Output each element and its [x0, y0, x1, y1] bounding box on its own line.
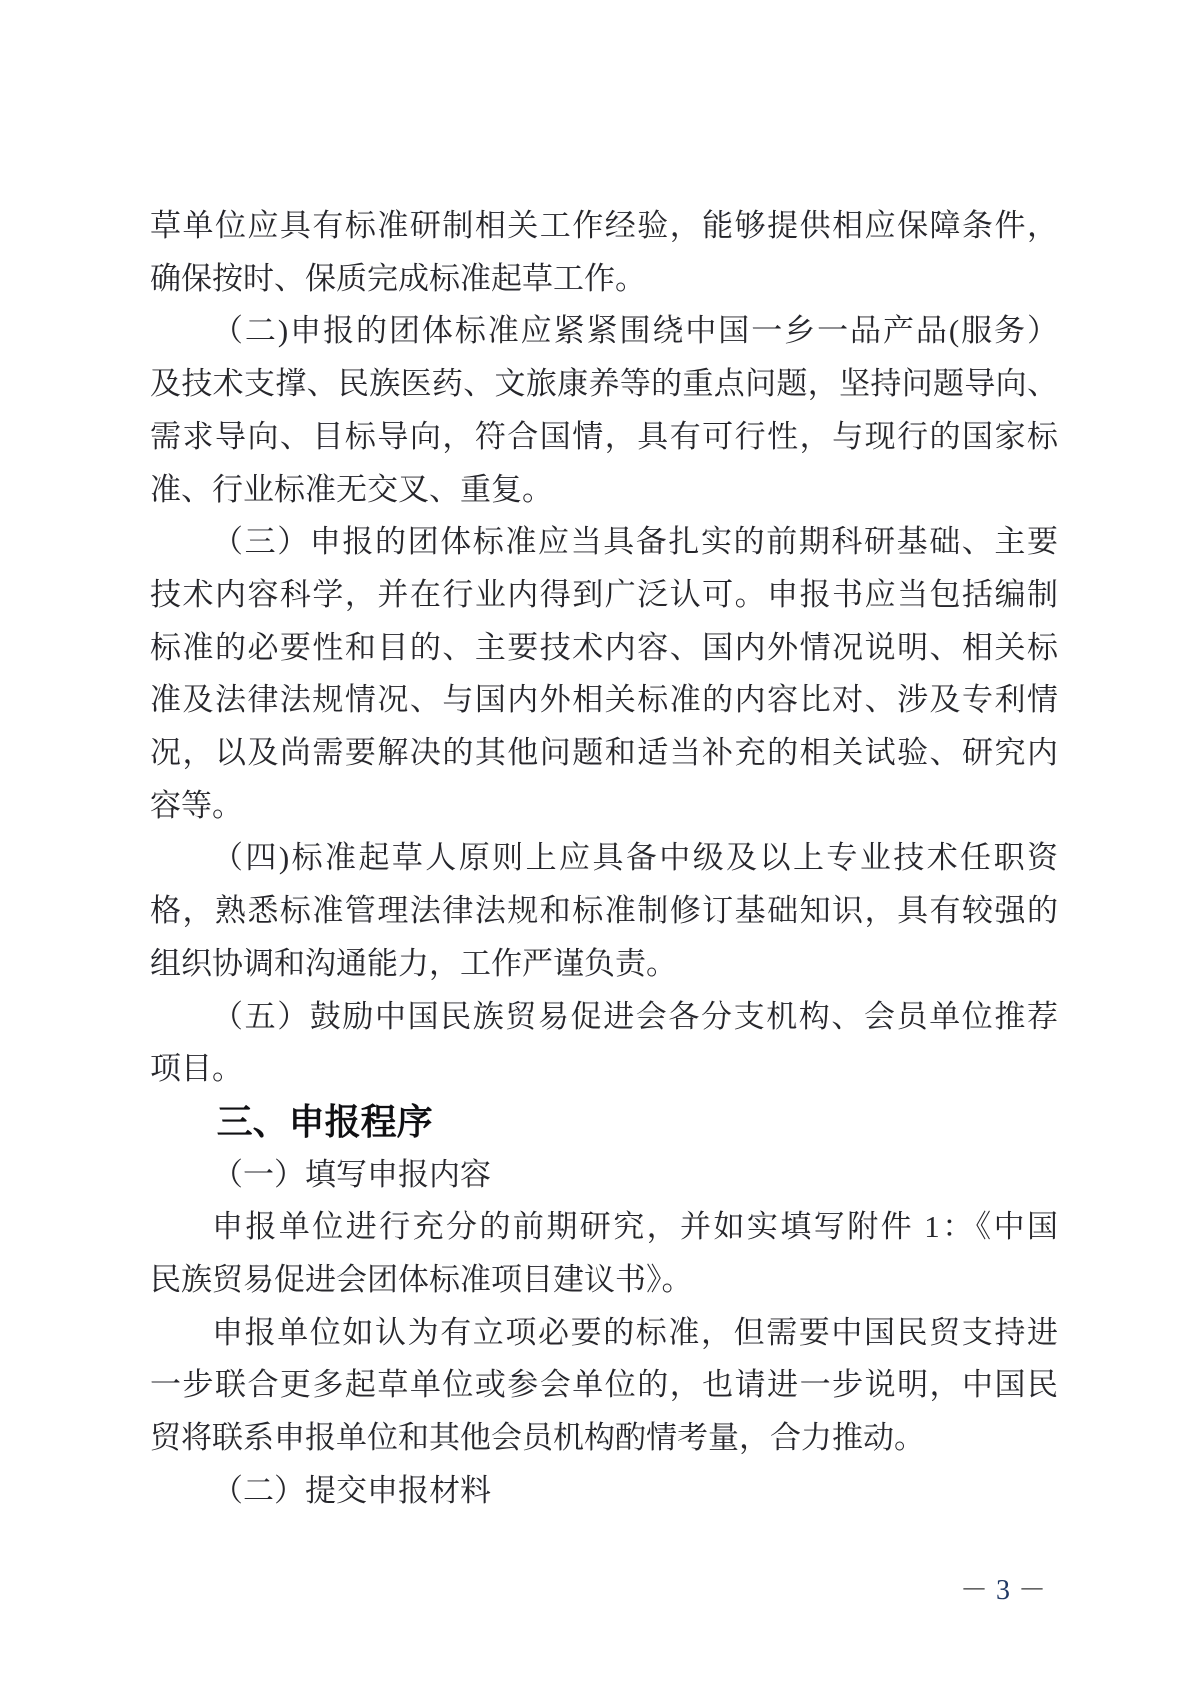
text-line: （二）提交申报材料: [150, 1465, 1058, 1518]
text-line: 一步联合更多起草单位或参会单位的，也请进一步说明，中国民: [150, 1359, 1058, 1412]
paragraph: （五）鼓励中国民族贸易促进会各分支机构、会员单位推荐 项目。: [150, 991, 1058, 1096]
text-line: 准、行业标准无交叉、重复。: [150, 464, 1058, 517]
text-line: 技术内容科学，并在行业内得到广泛认可。申报书应当包括编制: [150, 569, 1058, 622]
text-line: 需求导向、目标导向，符合国情，具有可行性，与现行的国家标: [150, 411, 1058, 464]
text-line: 确保按时、保质完成标准起草工作。: [150, 253, 1058, 306]
document-body: 草单位应具有标准研制相关工作经验，能够提供相应保障条件， 确保按时、保质完成标准…: [150, 200, 1058, 1518]
text-line: 申报单位进行充分的前期研究，并如实填写附件 1：《中国: [150, 1201, 1058, 1254]
paragraph: 申报单位如认为有立项必要的标准，但需要中国民贸支持进 一步联合更多起草单位或参会…: [150, 1307, 1058, 1465]
paragraph: （一）填写申报内容: [150, 1149, 1058, 1202]
page-number-dash-left: －: [960, 1575, 988, 1606]
text-line: 容等。: [150, 780, 1058, 833]
document-page: 草单位应具有标准研制相关工作经验，能够提供相应保障条件， 确保按时、保质完成标准…: [0, 0, 1198, 1695]
paragraph: 草单位应具有标准研制相关工作经验，能够提供相应保障条件， 确保按时、保质完成标准…: [150, 200, 1058, 305]
text-line: 申报单位如认为有立项必要的标准，但需要中国民贸支持进: [150, 1307, 1058, 1360]
text-line: 贸将联系申报单位和其他会员机构酌情考量，合力推动。: [150, 1412, 1058, 1465]
text-line: （一）填写申报内容: [150, 1149, 1058, 1202]
paragraph: （三）申报的团体标准应当具备扎实的前期科研基础、主要 技术内容科学，并在行业内得…: [150, 516, 1058, 832]
text-line: 及技术支撑、民族医药、文旅康养等的重点问题，坚持问题导向、: [150, 358, 1058, 411]
text-line: 格，熟悉标准管理法律法规和标准制修订基础知识，具有较强的: [150, 885, 1058, 938]
text-line: 草单位应具有标准研制相关工作经验，能够提供相应保障条件，: [150, 200, 1058, 253]
page-number-dash-right: －: [1018, 1575, 1046, 1606]
text-line: 民族贸易促进会团体标准项目建议书》。: [150, 1254, 1058, 1307]
paragraph: （四)标准起草人原则上应具备中级及以上专业技术任职资 格，熟悉标准管理法律法规和…: [150, 832, 1058, 990]
text-line: （四)标准起草人原则上应具备中级及以上专业技术任职资: [150, 832, 1058, 885]
page-number-value: 3: [996, 1575, 1010, 1606]
text-line: 况，以及尚需要解决的其他问题和适当补充的相关试验、研究内: [150, 727, 1058, 780]
page-number: －3－: [960, 1576, 1070, 1606]
text-line: 标准的必要性和目的、主要技术内容、国内外情况说明、相关标: [150, 622, 1058, 675]
text-line: 项目。: [150, 1043, 1058, 1096]
text-line: （五）鼓励中国民族贸易促进会各分支机构、会员单位推荐: [150, 991, 1058, 1044]
paragraph: （二）提交申报材料: [150, 1465, 1058, 1518]
paragraph: （二)申报的团体标准应紧紧围绕中国一乡一品产品(服务） 及技术支撑、民族医药、文…: [150, 305, 1058, 516]
text-line: 组织协调和沟通能力，工作严谨负责。: [150, 938, 1058, 991]
text-line: （二)申报的团体标准应紧紧围绕中国一乡一品产品(服务）: [150, 305, 1058, 358]
text-line: （三）申报的团体标准应当具备扎实的前期科研基础、主要: [150, 516, 1058, 569]
paragraph: 申报单位进行充分的前期研究，并如实填写附件 1：《中国 民族贸易促进会团体标准项…: [150, 1201, 1058, 1306]
section-heading: 三、申报程序: [150, 1096, 1058, 1149]
text-line: 准及法律法规情况、与国内外相关标准的内容比对、涉及专利情: [150, 674, 1058, 727]
